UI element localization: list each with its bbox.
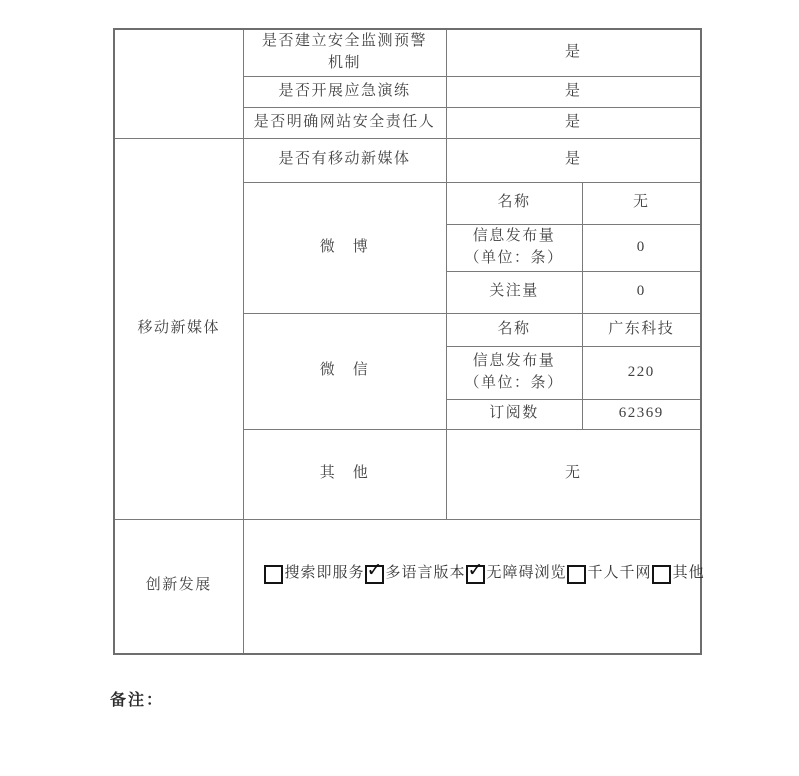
annual-report-table: 是否建立安全监测预警 机制 是 是否开展应急演练 是 是否明确网站安全责任人 是… <box>113 28 702 655</box>
field-label: 信息发布量 （单位：条） <box>446 224 582 271</box>
field-label: 名称 <box>446 313 582 346</box>
field-label: 名称 <box>446 182 582 224</box>
field-value: 220 <box>582 346 701 399</box>
document-page: 是否建立安全监测预警 机制 是 是否开展应急演练 是 是否明确网站安全责任人 是… <box>0 0 799 776</box>
field-value: 62369 <box>582 399 701 429</box>
checkbox-option[interactable]: 无障碍浏览 <box>466 563 567 585</box>
question-label: 是否开展应急演练 <box>243 76 446 107</box>
table-row: 是否建立安全监测预警 机制 是 <box>114 29 701 76</box>
checkbox-icon[interactable] <box>264 565 283 584</box>
question-value: 是 <box>446 107 701 138</box>
table-row: 移动新媒体 是否有移动新媒体 是 <box>114 138 701 182</box>
question-label: 是否明确网站安全责任人 <box>243 107 446 138</box>
field-label: 订阅数 <box>446 399 582 429</box>
field-label: 关注量 <box>446 271 582 313</box>
section-label-mobile-media: 移动新媒体 <box>114 138 243 519</box>
checkbox-label: 无障碍浏览 <box>487 563 567 585</box>
field-value: 0 <box>582 224 701 271</box>
checkbox-label: 搜索即服务 <box>285 563 365 585</box>
checkbox-option[interactable]: 搜索即服务 <box>264 563 365 585</box>
checkbox-row: 搜索即服务 多语言版本 无障碍浏览 千人千网 <box>250 563 695 585</box>
empty-section-cell <box>114 29 243 138</box>
section-label-innovation: 创新发展 <box>114 519 243 654</box>
checkbox-label: 千人千网 <box>588 563 652 585</box>
field-value: 0 <box>582 271 701 313</box>
field-value: 无 <box>582 182 701 224</box>
field-label: 信息发布量 （单位：条） <box>446 346 582 399</box>
weibo-label: 微 博 <box>243 182 446 313</box>
checkbox-label: 多语言版本 <box>386 563 466 585</box>
question-label: 是否有移动新媒体 <box>243 138 446 182</box>
checkbox-option[interactable]: 其他 <box>652 563 705 585</box>
checkbox-label: 其他 <box>673 563 705 585</box>
question-value: 是 <box>446 76 701 107</box>
wechat-label: 微 信 <box>243 313 446 429</box>
question-value: 是 <box>446 138 701 182</box>
checkbox-icon[interactable] <box>466 565 485 584</box>
checkbox-icon[interactable] <box>652 565 671 584</box>
other-label: 其 他 <box>243 429 446 519</box>
field-value: 广东科技 <box>582 313 701 346</box>
checkbox-option[interactable]: 千人千网 <box>567 563 652 585</box>
table-row: 创新发展 搜索即服务 多语言版本 无障碍浏览 <box>114 519 701 654</box>
question-label: 是否建立安全监测预警 机制 <box>243 29 446 76</box>
checkbox-icon[interactable] <box>365 565 384 584</box>
other-value: 无 <box>446 429 701 519</box>
checkbox-option[interactable]: 多语言版本 <box>365 563 466 585</box>
remark-label: 备注： <box>110 687 164 710</box>
question-value: 是 <box>446 29 701 76</box>
innovation-options-cell: 搜索即服务 多语言版本 无障碍浏览 千人千网 <box>243 519 701 654</box>
checkbox-icon[interactable] <box>567 565 586 584</box>
